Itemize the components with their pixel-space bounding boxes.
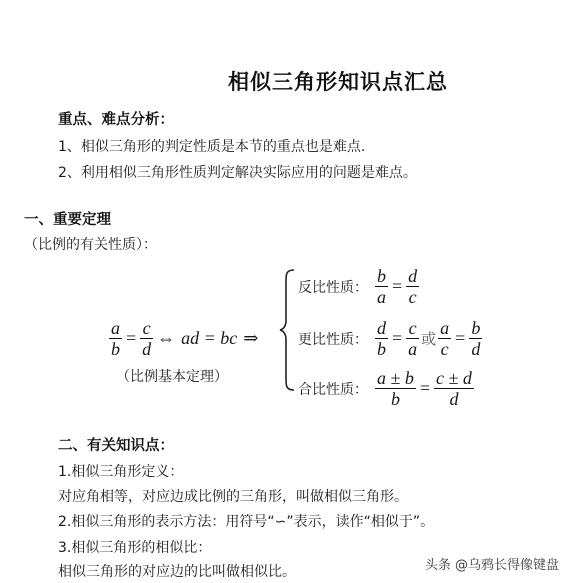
basic-theorem-caption: （比例基本定理） — [116, 366, 228, 386]
numerator: d — [375, 318, 388, 338]
key-point-item: 1、相似三角形的判定性质是本节的重点也是难点. — [58, 136, 365, 156]
denominator: a — [375, 287, 388, 307]
numerator: c ± d — [434, 368, 474, 388]
knowledge-line: 2.相似三角形的表示方法：用符号“∽”表示，读作“相似于”。 — [58, 511, 434, 531]
product-equation: ad = bc — [181, 328, 237, 349]
key-point-item: 2、利用相似三角形性质判定解决实际应用的问题是难点。 — [58, 162, 417, 182]
fraction: a b — [109, 318, 122, 359]
numerator: a ± b — [375, 368, 416, 388]
denominator: c — [439, 339, 451, 359]
denominator: b — [389, 389, 402, 409]
page-title: 相似三角形知识点汇总 — [228, 66, 448, 96]
implies-arrow-icon: ⇒ — [243, 328, 258, 349]
fraction: d c — [406, 266, 419, 307]
property-label: 反比性质： — [298, 277, 368, 297]
equals-sign: = — [392, 276, 402, 297]
denominator: d — [140, 339, 153, 359]
knowledge-line: 对应角相等，对应边成比例的三角形，叫做相似三角形。 — [58, 486, 408, 506]
or-connector: 或 — [421, 328, 436, 349]
basic-proportion-formula: a b = c d ⇔ ad = bc ⇒ — [108, 318, 261, 359]
knowledge-line: 1.相似三角形定义： — [58, 461, 183, 481]
denominator: c — [407, 287, 419, 307]
iff-arrow-icon: ⇔ — [157, 328, 175, 349]
fraction: d b — [375, 318, 388, 359]
left-brace-icon — [278, 268, 296, 392]
section1-heading: 一、重要定理 — [24, 208, 111, 229]
watermark: 头条 @乌鸦长得像键盘 — [425, 554, 559, 573]
numerator: b — [469, 318, 482, 338]
property-label: 合比性质： — [298, 379, 368, 399]
fraction: c d — [140, 318, 153, 359]
property-componendo: 合比性质： a ± b b = c ± d d — [298, 368, 475, 409]
numerator: c — [141, 318, 153, 338]
fraction: a ± b b — [375, 368, 416, 409]
numerator: b — [375, 266, 388, 286]
numerator: a — [438, 318, 451, 338]
equals-sign: = — [455, 328, 465, 349]
numerator: d — [406, 266, 419, 286]
knowledge-line: 3.相似三角形的相似比： — [58, 537, 211, 557]
section2-heading: 二、有关知识点： — [58, 434, 174, 455]
numerator: a — [109, 318, 122, 338]
denominator: b — [375, 339, 388, 359]
section1-subheading: （比例的有关性质）： — [24, 234, 157, 254]
fraction: a c — [438, 318, 451, 359]
key-points-heading: 重点、难点分析： — [58, 108, 174, 129]
property-label: 更比性质： — [298, 329, 368, 349]
denominator: d — [469, 339, 482, 359]
fraction: b d — [469, 318, 482, 359]
knowledge-line: 相似三角形的对应边的比叫做相似比。 — [58, 561, 296, 581]
fraction: c a — [406, 318, 419, 359]
fraction: b a — [375, 266, 388, 307]
denominator: b — [109, 339, 122, 359]
property-inverse: 反比性质： b a = d c — [298, 266, 420, 307]
denominator: a — [406, 339, 419, 359]
fraction: c ± d d — [434, 368, 474, 409]
numerator: c — [407, 318, 419, 338]
property-alternando: 更比性质： d b = c a 或 a c = b d — [298, 318, 483, 359]
equals-sign: = — [420, 378, 430, 399]
denominator: d — [447, 389, 460, 409]
equals-sign: = — [126, 328, 136, 349]
equals-sign: = — [392, 328, 402, 349]
